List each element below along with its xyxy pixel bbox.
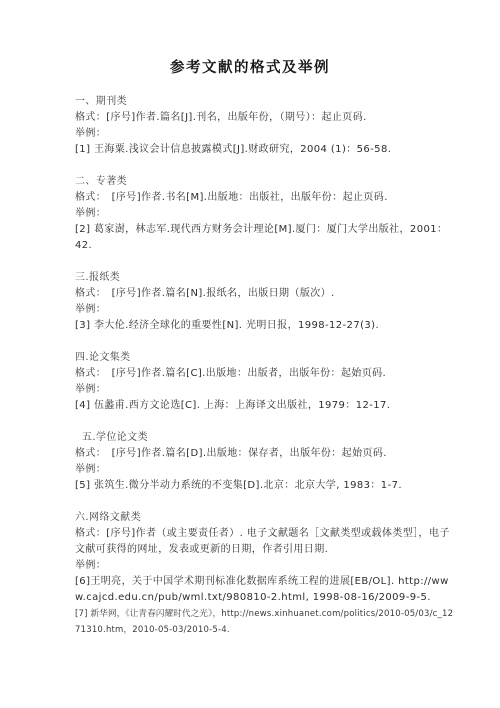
section-heading: 六.网络文献类 xyxy=(75,510,458,526)
example-label: 举例： xyxy=(75,462,458,478)
section-proceedings: 四.论文集类 格式： [序号]作者.篇名[C].出版地：出版者，出版年份：起始页… xyxy=(75,350,458,414)
format-line: 格式： [序号]作者.篇名[C].出版地：出版者，出版年份：起始页码. xyxy=(75,366,458,382)
example-line: [3] 李大伦.经济全球化的重要性[N]. 光明日报，1998-12-27(3)… xyxy=(75,318,458,334)
example-label: 举例： xyxy=(75,302,458,318)
example-line: [5] 张筑生.微分半动力系统的不变集[D].北京：北京大学, 1983：1-7… xyxy=(75,478,458,494)
example-line-small: [7] 新华网，《让青春闪耀时代之光》，http://news.xinhuane… xyxy=(75,606,458,638)
section-heading: 三.报纸类 xyxy=(75,270,458,286)
example-label: 举例： xyxy=(75,558,458,574)
format-line: 格式： [序号]作者.篇名[N].报纸名，出版日期（版次）. xyxy=(75,286,458,302)
example-line: [1] 王海粟.浅议会计信息披露模式[J].财政研究，2004 (1)：56-5… xyxy=(75,142,458,158)
example-label: 举例： xyxy=(75,206,458,222)
example-line: [4] 伍蠡甫.西方文论选[C]. 上海：上海译文出版社，1979：12-17. xyxy=(75,398,458,414)
section-thesis: 五.学位论文类 格式： [序号]作者.篇名[D].出版地：保存者，出版年份：起始… xyxy=(75,430,458,494)
example-label: 举例： xyxy=(75,126,458,142)
format-line: 格式： [序号]作者.篇名[D].出版地：保存者，出版年份：起始页码. xyxy=(75,446,458,462)
example-label: 举例： xyxy=(75,382,458,398)
section-heading: 二、专著类 xyxy=(75,174,458,190)
document-page: 参考文献的格式及举例 一、期刊类 格式：[序号]作者.篇名[J].刊名，出版年份… xyxy=(0,0,500,708)
section-heading: 四.论文集类 xyxy=(75,350,458,366)
format-line: 格式：[序号]作者.篇名[J].刊名，出版年份，（期号）：起止页码. xyxy=(75,110,458,126)
section-journal: 一、期刊类 格式：[序号]作者.篇名[J].刊名，出版年份，（期号）：起止页码.… xyxy=(75,94,458,158)
section-heading: 一、期刊类 xyxy=(75,94,458,110)
section-heading: 五.学位论文类 xyxy=(75,430,458,446)
example-line: [6]王明亮，关于中国学术期刊标准化数据库系统工程的进展[EB/OL]. htt… xyxy=(75,574,458,606)
example-line: [2] 葛家澍，林志军.现代西方财务会计理论[M].厦门：厦门大学出版社，200… xyxy=(75,222,458,254)
section-newspaper: 三.报纸类 格式： [序号]作者.篇名[N].报纸名，出版日期（版次）. 举例：… xyxy=(75,270,458,334)
document-body: 一、期刊类 格式：[序号]作者.篇名[J].刊名，出版年份，（期号）：起止页码.… xyxy=(75,94,458,638)
section-online: 六.网络文献类 格式：[序号]作者（或主要责任者）. 电子文献题名［文献类型或载… xyxy=(75,510,458,638)
section-monograph: 二、专著类 格式： [序号]作者.书名[M].出版地：出版社，出版年份：起止页码… xyxy=(75,174,458,254)
page-title: 参考文献的格式及举例 xyxy=(0,57,500,79)
format-line: 格式： [序号]作者.书名[M].出版地：出版社，出版年份：起止页码. xyxy=(75,190,458,206)
format-line: 格式：[序号]作者（或主要责任者）. 电子文献题名［文献类型或载体类型］，电子文… xyxy=(75,526,458,558)
